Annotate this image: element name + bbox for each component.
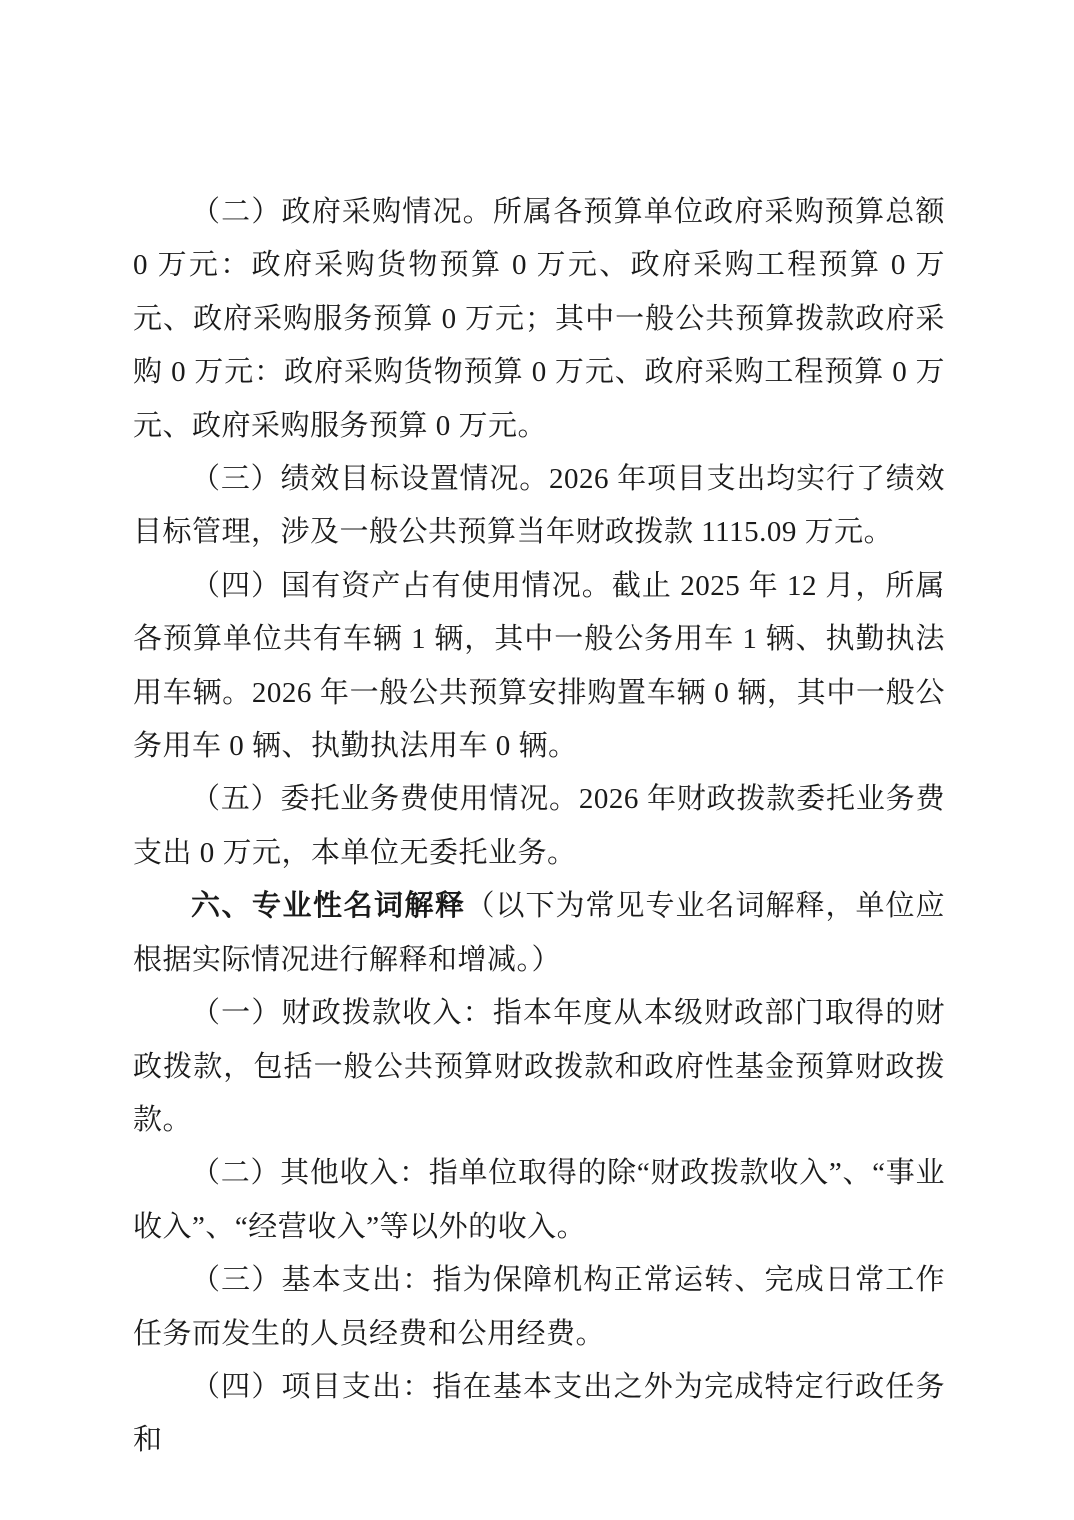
- paragraph-government-procurement: （二）政府采购情况。所属各预算单位政府采购预算总额 0 万元：政府采购货物预算 …: [133, 186, 945, 453]
- paragraph-performance-target-setting: （三）绩效目标设置情况。2026 年项目支出均实行了绩效目标管理，涉及一般公共预…: [133, 453, 945, 560]
- paragraph-term-project-expenditure: （四）项目支出：指在基本支出之外为完成特定行政任务和: [133, 1361, 945, 1468]
- page-background: （二）政府采购情况。所属各预算单位政府采购预算总额 0 万元：政府采购货物预算 …: [0, 0, 1074, 1520]
- paragraph-state-owned-assets-usage: （四）国有资产占有使用情况。截止 2025 年 12 月，所属各预算单位共有车辆…: [133, 560, 945, 774]
- paragraph-entrusted-business-fee: （五）委托业务费使用情况。2026 年财政拨款委托业务费支出 0 万元，本单位无…: [133, 773, 945, 880]
- paragraph-term-fiscal-appropriation-income: （一）财政拨款收入：指本年度从本级财政部门取得的财政拨款，包括一般公共预算财政拨…: [133, 987, 945, 1147]
- paragraph-terminology-section-heading: 六、专业性名词解释（以下为常见专业名词解释，单位应根据实际情况进行解释和增减。）: [133, 880, 945, 987]
- document-page: { "page": { "width_px": 1074, "height_px…: [0, 0, 1074, 1520]
- terminology-section-heading-bold: 六、专业性名词解释: [191, 890, 466, 922]
- document-body-text: （二）政府采购情况。所属各预算单位政府采购预算总额 0 万元：政府采购货物预算 …: [133, 186, 945, 1468]
- paragraph-term-basic-expenditure: （三）基本支出：指为保障机构正常运转、完成日常工作任务而发生的人员经费和公用经费…: [133, 1254, 945, 1361]
- paragraph-term-other-income: （二）其他收入：指单位取得的除“财政拨款收入”、“事业收入”、“经营收入”等以外…: [133, 1147, 945, 1254]
